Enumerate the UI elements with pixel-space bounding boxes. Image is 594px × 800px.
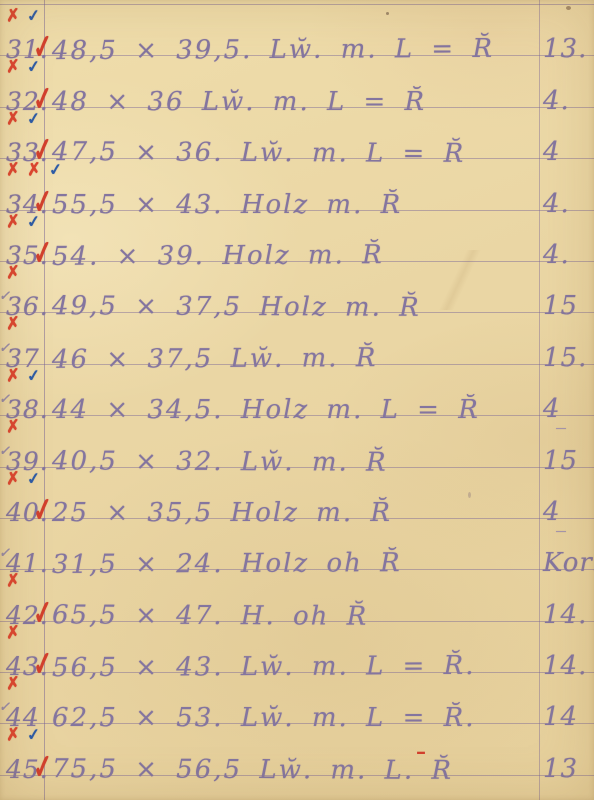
entry-value: 14. <box>543 602 587 628</box>
red-check-icon: ✓ <box>32 749 54 785</box>
red-x-icon: ✗ <box>5 624 21 642</box>
red-check-icon: ✓ <box>32 235 54 271</box>
red-dash-mark: – <box>416 739 426 763</box>
red-check-icon: ✓ <box>32 646 54 682</box>
entry-text: 44 × 34,5. Holz m. L = R̆ <box>52 397 480 423</box>
entry-text: 31,5 × 24. Holz oh R̆ <box>52 550 402 578</box>
entry-text: 55,5 × 43. Holz m. R̆ <box>52 192 402 218</box>
row-audit-marks: ✗✓ <box>6 368 41 385</box>
entry-text: 62,5 × 53. Lw̆. m. L = R̆. <box>52 705 475 731</box>
entry-value: 4. <box>543 242 570 268</box>
entry-text: 54. × 39. Holz m. R̆ <box>52 242 384 270</box>
red-x-icon: ✗ <box>5 264 21 282</box>
row-audit-marks: ✗ <box>6 573 20 590</box>
paper-speck <box>566 6 571 10</box>
entry-text: 25 × 35,5 Holz m. R̆ <box>52 500 392 526</box>
row-audit-marks: ✗✓ <box>6 8 41 25</box>
entry-text: 46 × 37,5 Lw̆. m. R̆ <box>52 345 378 373</box>
red-x-icon: ✗ <box>5 470 21 488</box>
entry-text: 48,5 × 39,5. Lw̆. m. L = R̆ <box>52 36 494 64</box>
blue-check-icon: ✓ <box>26 470 41 487</box>
row-audit-marks: ✗✓ <box>6 471 41 488</box>
row-audit-marks: ✗ <box>6 419 20 436</box>
red-x-icon: ✗ <box>5 367 21 385</box>
red-check-icon: ✓ <box>32 492 54 528</box>
value-flourish-mark: ‾ <box>556 527 566 551</box>
entry-text: 65,5 × 47. H. oh R̆ <box>52 602 368 629</box>
red-x-icon: ✗ <box>5 316 21 334</box>
scanned-ledger-page: ✗✓ 31. ✓ 48,5 × 39,5. Lw̆. m. L = R̆ 13.… <box>0 0 594 800</box>
red-x-icon: ✗ <box>5 419 21 437</box>
red-x-icon: ✗ <box>5 59 21 77</box>
entry-text: 40,5 × 32. Lw̆. m. R̆ <box>52 448 388 475</box>
row-audit-marks: ✗✓ <box>6 727 41 744</box>
ledger-rows: ✗✓ 31. ✓ 48,5 × 39,5. Lw̆. m. L = R̆ 13.… <box>0 4 594 776</box>
entry-text: 56,5 × 43. Lw̆. m. L = R̆. <box>52 653 476 681</box>
red-check-icon: ✓ <box>32 29 54 65</box>
entry-value: 4 <box>543 396 561 422</box>
blue-check-icon: ✓ <box>26 727 41 744</box>
red-x-icon: ✗ <box>5 162 21 180</box>
red-x-icon: ✗ <box>5 675 21 693</box>
entry-value: 4. <box>543 88 570 114</box>
red-check-icon: ✓ <box>32 183 54 219</box>
entry-value: Korb <box>543 550 594 576</box>
red-check-icon: ✓ <box>32 132 54 168</box>
entry-value: 15 <box>543 448 578 474</box>
entry-value: 15 <box>543 293 578 319</box>
entry-value: 14. <box>543 653 587 679</box>
paper-speck <box>468 492 471 498</box>
red-check-icon: ✓ <box>32 594 54 630</box>
blue-check-icon: ✓ <box>26 367 41 384</box>
paper-speck <box>386 12 389 15</box>
entry-value: 13 <box>543 756 578 782</box>
red-x-icon: ✗ <box>5 213 21 231</box>
entry-value: 15. <box>543 345 587 371</box>
red-x-icon: ✗ <box>5 7 21 25</box>
row-audit-marks: ✗ <box>6 316 20 333</box>
entry-text: 49,5 × 37,5 Holz m. R̆ <box>52 294 421 322</box>
entry-value: 14 <box>543 704 578 730</box>
entry-value: 4. <box>543 191 570 217</box>
row-audit-marks: ✗ <box>6 676 20 693</box>
entry-text: 48 × 36 Lw̆. m. L = R̆ <box>52 89 426 115</box>
value-flourish-mark: ‾ <box>556 424 566 448</box>
red-x-icon: ✗ <box>5 573 21 591</box>
row-audit-marks: ✗ <box>6 625 20 642</box>
row-audit-marks: ✗ <box>6 265 20 282</box>
blue-check-icon: ✓ <box>26 7 41 24</box>
red-x-icon: ✗ <box>5 110 21 128</box>
red-check-icon: ✓ <box>32 80 54 116</box>
red-x-icon: ✗ <box>5 727 21 745</box>
entry-text: 75,5 × 56,5 Lw̆. m. L. R̆ <box>52 756 453 784</box>
entry-value: 13. <box>543 36 587 62</box>
entry-value: 4 <box>543 139 561 165</box>
ledger-row: ✗✓ 31. ✓ 48,5 × 39,5. Lw̆. m. L = R̆ 13. <box>0 5 594 56</box>
entry-text: 47,5 × 36. Lw̆. m. L = R̆ <box>52 139 465 167</box>
entry-value: 4 <box>543 499 561 525</box>
